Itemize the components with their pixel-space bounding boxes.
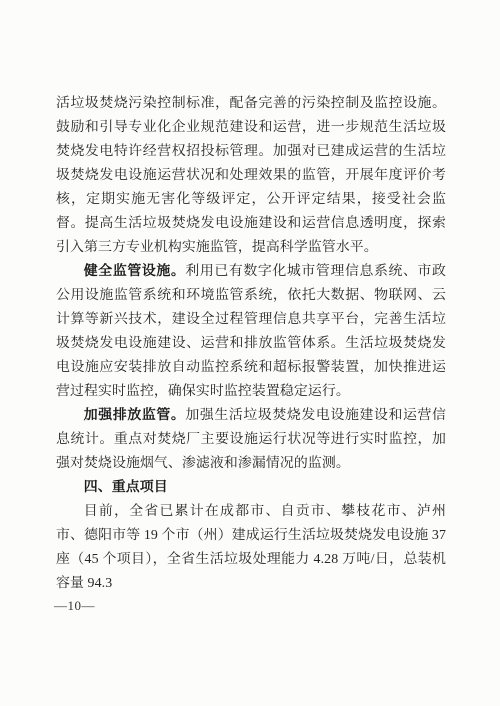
paragraph-supervision-facilities: 健全监管设施。利用已有数字化城市管理信息系统、市政公用设施监管系统和环境监管系统… [56, 260, 446, 404]
section-heading-key-projects: 四、重点项目 [56, 476, 446, 500]
paragraph-regulation-continuation: 活垃圾焚烧污染控制标准，配备完善的污染控制及监控设施。鼓励和引导专业化企业规范建… [56, 92, 446, 260]
paragraph-lead: 加强排放监管。 [84, 408, 186, 423]
document-page: 活垃圾焚烧污染控制标准，配备完善的污染控制及监控设施。鼓励和引导专业化企业规范建… [0, 0, 500, 706]
paragraph-lead: 健全监管设施。 [84, 264, 186, 279]
paragraph-text: 目前，全省已累计在成都市、自贡市、攀枝花市、泸州市、德阳市等 19 个市（州）建… [56, 504, 446, 591]
paragraph-text: 活垃圾焚烧污染控制标准，配备完善的污染控制及监控设施。鼓励和引导专业化企业规范建… [56, 96, 446, 255]
page-number: —10— [54, 596, 95, 616]
paragraph-key-projects-status: 目前，全省已累计在成都市、自贡市、攀枝花市、泸州市、德阳市等 19 个市（州）建… [56, 500, 446, 596]
paragraph-emission-supervision: 加强排放监管。加强生活垃圾焚烧发电设施建设和运营信息统计。重点对焚烧厂主要设施运… [56, 404, 446, 476]
paragraph-text: 利用已有数字化城市管理信息系统、市政公用设施监管系统和环境监管系统，依托大数据、… [56, 264, 446, 399]
document-body: 活垃圾焚烧污染控制标准，配备完善的污染控制及监控设施。鼓励和引导专业化企业规范建… [56, 92, 446, 596]
